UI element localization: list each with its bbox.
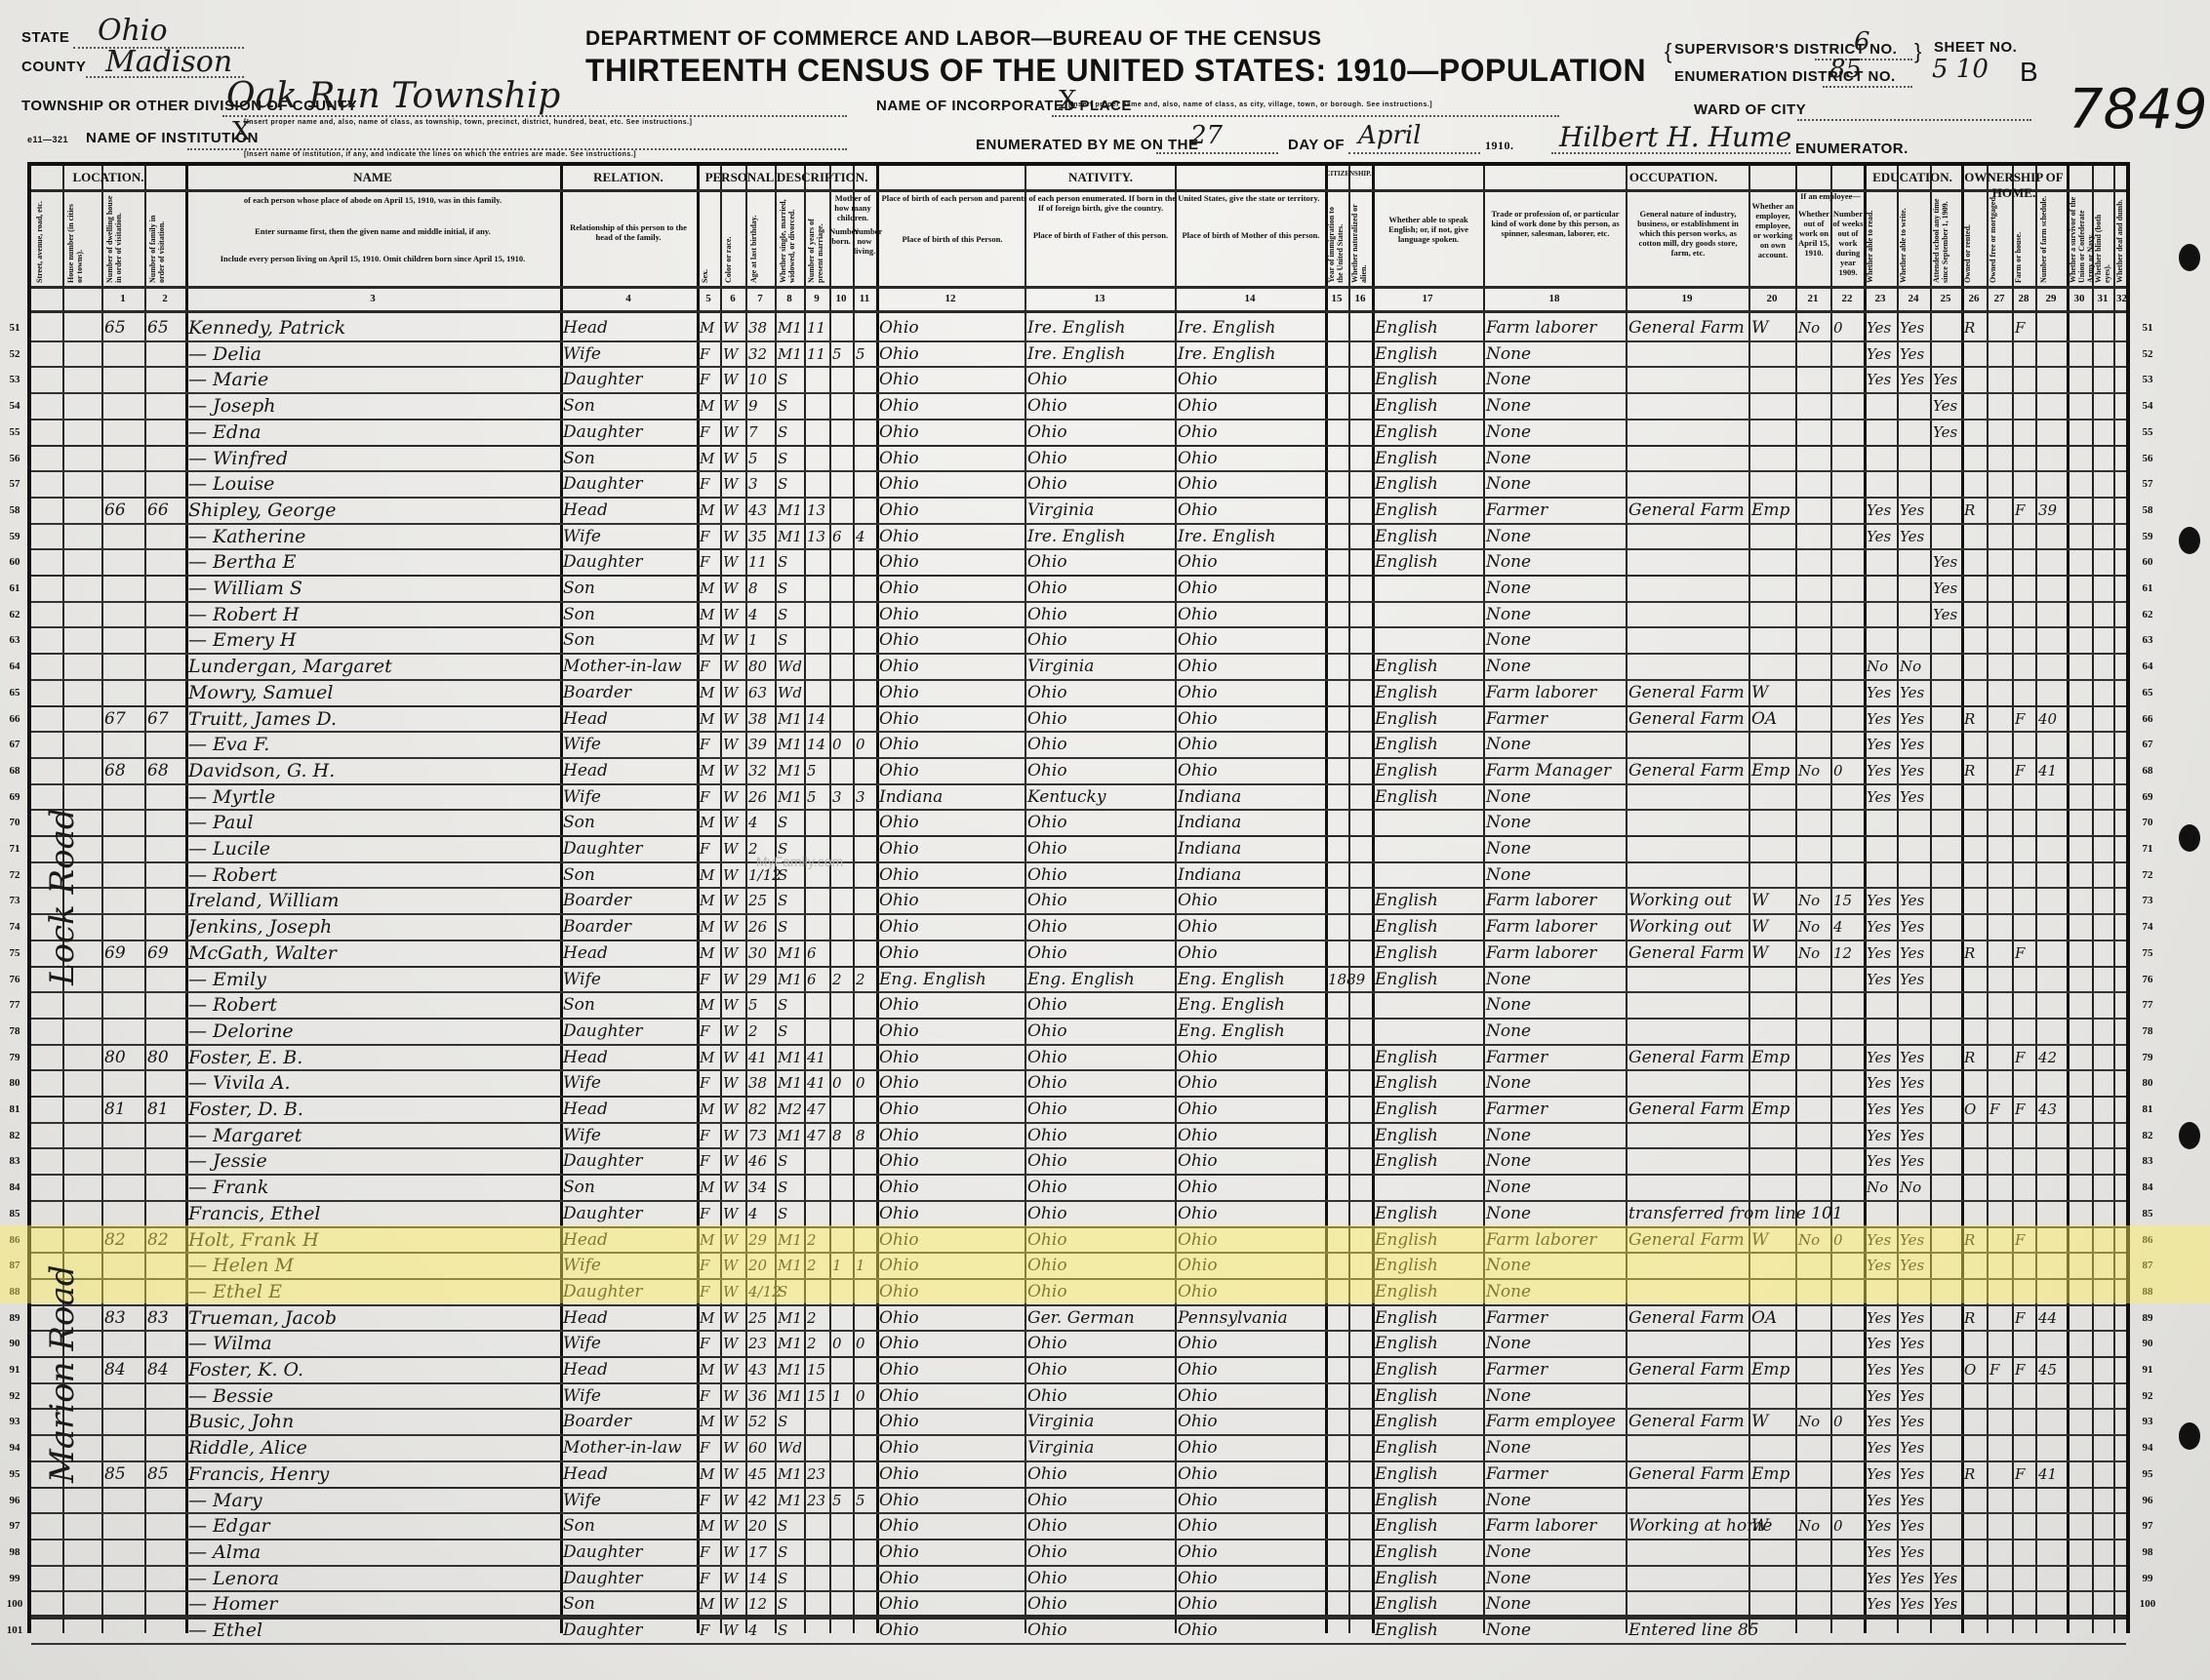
cell-mbp: Ohio <box>1178 472 1218 496</box>
line-number: 92 <box>4 1390 25 1402</box>
row-divider <box>31 1590 2126 1592</box>
cell-trade: Farm laborer <box>1486 889 1596 912</box>
cell-trade: Farm laborer <box>1486 1514 1596 1538</box>
cell-race: W <box>723 499 738 522</box>
cell-farm: F <box>2015 1306 2025 1330</box>
year-label: 1910. <box>1485 139 1514 153</box>
cell-write: Yes <box>1900 1462 1924 1486</box>
line-number-right: 51 <box>2137 322 2158 334</box>
line-number-right: 79 <box>2137 1052 2158 1063</box>
cell-marital: M1 <box>778 785 802 809</box>
cell-bp: Eng. English <box>879 968 986 991</box>
line-number-right: 64 <box>2137 660 2158 672</box>
cell-industry: Working out <box>1628 889 1732 912</box>
cell-mbp: Ohio <box>1178 394 1218 418</box>
cell-relation: Wife <box>563 342 601 366</box>
watermark: MyFamily.com <box>756 854 843 869</box>
cell-industry: General Farm <box>1628 1046 1745 1069</box>
column-number: 25 <box>1930 293 1961 304</box>
census-title: THIRTEENTH CENSUS OF THE UNITED STATES: … <box>585 53 1646 89</box>
cell-marital: S <box>778 1410 787 1433</box>
line-number-right: 58 <box>2137 504 2158 516</box>
line-number-right: 89 <box>2137 1312 2158 1324</box>
cell-marital: M1 <box>778 1332 802 1355</box>
cell-relation: Wife <box>563 1071 601 1095</box>
cell-marital: S <box>778 1149 787 1173</box>
column-header-trade: Trade or profession of, or particular ki… <box>1487 209 1624 238</box>
cell-relation: Wife <box>563 1332 601 1355</box>
cell-farm: F <box>2015 759 2025 782</box>
cell-name: Jenkins, Joseph <box>188 915 332 939</box>
cell-living: 0 <box>856 1071 865 1095</box>
cell-lang: English <box>1375 1514 1438 1538</box>
cell-sex: M <box>700 447 714 470</box>
cell-trade: None <box>1486 1254 1531 1277</box>
cell-bp: Ohio <box>879 1358 919 1381</box>
column-header-blind: Whether blind (both eyes). <box>2094 195 2111 283</box>
line-number-right: 83 <box>2137 1155 2158 1167</box>
cell-sex: M <box>700 1592 714 1616</box>
cell-sex: F <box>700 1567 709 1590</box>
cell-read: Yes <box>1867 525 1891 548</box>
column-divider <box>2035 166 2037 1633</box>
cell-trade: None <box>1486 785 1531 809</box>
column-header-mother: Mother of how many children. <box>829 193 876 222</box>
header-divider <box>31 310 2126 313</box>
county-value: Madison <box>105 45 232 79</box>
cell-trade: None <box>1486 1176 1531 1199</box>
cell-relation: Daughter <box>563 550 643 574</box>
cell-sex: M <box>700 1098 714 1121</box>
cell-industry: General Farm <box>1628 681 1745 704</box>
column-header-bp: Place of birth of this Person. <box>880 234 1025 244</box>
cell-own: O <box>1964 1098 1976 1121</box>
line-number-right: 100 <box>2137 1598 2158 1610</box>
cell-marital: M1 <box>778 525 802 548</box>
cell-read: Yes <box>1867 707 1891 731</box>
cell-mbp: Ohio <box>1178 1124 1218 1147</box>
cell-sched: 44 <box>2038 1306 2057 1330</box>
cell-fbp: Ohio <box>1027 915 1067 939</box>
line-number-right: 96 <box>2137 1495 2158 1506</box>
cell-mbp: Ohio <box>1178 1410 1218 1433</box>
cell-lang: English <box>1375 550 1438 574</box>
cell-sex: M <box>700 1228 714 1252</box>
cell-read: Yes <box>1867 1332 1891 1355</box>
cell-bp: Ohio <box>879 1071 919 1095</box>
column-number: 12 <box>876 293 1025 304</box>
cell-relation: Boarder <box>563 915 631 939</box>
binder-hole <box>2179 1422 2200 1450</box>
cell-family: 81 <box>147 1098 169 1121</box>
cell-yrs: 6 <box>807 968 817 991</box>
cell-trade: None <box>1486 368 1531 391</box>
line-number: 73 <box>4 895 25 906</box>
column-number: 21 <box>1795 293 1830 304</box>
cell-relation: Boarder <box>563 889 631 912</box>
cell-trade: Farm Manager <box>1486 759 1611 782</box>
column-header-school: Attended school any time since September… <box>1932 195 1949 283</box>
cell-write: Yes <box>1900 759 1924 782</box>
cell-fbp: Ire. English <box>1027 525 1126 548</box>
cell-fbp: Ohio <box>1027 1384 1067 1408</box>
cell-relation: Wife <box>563 1124 601 1147</box>
cell-race: W <box>723 1489 738 1512</box>
cell-name: Davidson, G. H. <box>188 759 335 782</box>
cell-mbp: Ohio <box>1178 1462 1218 1486</box>
column-header-loc3: Number of dwelling house in order of vis… <box>105 195 123 283</box>
cell-industry: Entered line 85 <box>1628 1619 1759 1642</box>
cell-age: 42 <box>748 1489 767 1512</box>
row-divider <box>31 1096 2126 1098</box>
column-divider <box>101 166 103 1633</box>
cell-bp: Ohio <box>879 472 919 496</box>
cell-fbp: Ohio <box>1027 707 1067 731</box>
line-number-right: 91 <box>2137 1364 2158 1376</box>
cell-race: W <box>723 1046 738 1069</box>
cell-trade: None <box>1486 1384 1531 1408</box>
cell-sex: F <box>700 368 709 391</box>
cell-yrs: 13 <box>807 525 825 548</box>
cell-living: 1 <box>856 1254 865 1277</box>
column-header-naturalized: Whether naturalized or alien. <box>1350 195 1368 283</box>
cell-write: Yes <box>1900 1567 1924 1590</box>
column-header-oow: Whether out of work on April 15, 1910. <box>1797 209 1830 258</box>
column-number: 17 <box>1372 293 1483 304</box>
cell-trade: None <box>1486 968 1531 991</box>
cell-read: Yes <box>1867 1436 1891 1460</box>
line-number-right: 97 <box>2137 1520 2158 1532</box>
cell-write: Yes <box>1900 733 1924 756</box>
cell-race: W <box>723 1332 738 1355</box>
cell-mbp: Ohio <box>1178 1098 1218 1121</box>
cell-weeks: 15 <box>1833 889 1852 912</box>
cell-sex: M <box>700 863 714 887</box>
cell-yrs: 2 <box>807 1254 817 1277</box>
cell-write: No <box>1900 655 1921 678</box>
cell-marital: M1 <box>778 733 802 756</box>
line-number-right: 54 <box>2137 400 2158 412</box>
cell-name: — Emery H <box>188 628 297 652</box>
cell-bp: Ohio <box>879 915 919 939</box>
ward-label: WARD OF CITY <box>1694 101 1806 118</box>
column-header-name: of each person whose place of abode on A… <box>192 195 553 205</box>
cell-born: 6 <box>832 525 842 548</box>
cell-mbp: Ohio <box>1178 1046 1218 1069</box>
cell-sched: 45 <box>2038 1358 2057 1381</box>
line-number-right: 62 <box>2137 609 2158 620</box>
cell-read: Yes <box>1867 1384 1891 1408</box>
cell-mbp: Ohio <box>1178 655 1218 678</box>
cell-name: — Winfred <box>188 447 288 470</box>
cell-fbp: Ohio <box>1027 1149 1067 1173</box>
incorporated-line <box>1052 115 1559 117</box>
cell-relation: Wife <box>563 525 601 548</box>
cell-read: Yes <box>1867 733 1891 756</box>
cell-mbp: Ohio <box>1178 1228 1218 1252</box>
cell-age: 2 <box>748 1020 758 1043</box>
row-divider <box>31 1069 2126 1071</box>
cell-bp: Ohio <box>879 499 919 522</box>
cell-read: Yes <box>1867 1462 1891 1486</box>
cell-write: Yes <box>1900 707 1924 731</box>
cell-trade: Farmer <box>1486 1098 1547 1121</box>
cell-race: W <box>723 1306 738 1330</box>
cell-bp: Ohio <box>879 655 919 678</box>
cell-industry: General Farm <box>1628 1358 1745 1381</box>
row-divider <box>31 1122 2126 1124</box>
cell-lang: English <box>1375 1202 1438 1225</box>
row-divider <box>31 575 2126 577</box>
cell-race: W <box>723 968 738 991</box>
column-number: 31 <box>2092 293 2113 304</box>
cell-relation: Wife <box>563 1254 601 1277</box>
institution-value: X <box>232 117 251 146</box>
cell-sex: F <box>700 1071 709 1095</box>
cell-sex: M <box>700 681 714 704</box>
cell-name: Truitt, James D. <box>188 707 337 731</box>
cell-school: Yes <box>1933 1592 1957 1616</box>
line-number: 61 <box>4 582 25 594</box>
cell-emp: W <box>1751 681 1768 704</box>
cell-lang: English <box>1375 1462 1438 1486</box>
cell-trade: None <box>1486 525 1531 548</box>
cell-age: 17 <box>748 1540 767 1564</box>
cell-read: Yes <box>1867 1098 1891 1121</box>
cell-bp: Ohio <box>879 1384 919 1408</box>
cell-fbp: Ire. English <box>1027 316 1126 340</box>
cell-relation: Wife <box>563 733 601 756</box>
cell-sex: M <box>700 1358 714 1381</box>
cell-fbp: Ohio <box>1027 1228 1067 1252</box>
cell-read: Yes <box>1867 941 1891 965</box>
cell-race: W <box>723 550 738 574</box>
cell-lang: English <box>1375 681 1438 704</box>
row-divider <box>31 809 2126 811</box>
line-number: 88 <box>4 1286 25 1298</box>
cell-read: Yes <box>1867 1046 1891 1069</box>
cell-mbp: Ohio <box>1178 733 1218 756</box>
cell-family: 80 <box>147 1046 169 1069</box>
line-number: 99 <box>4 1573 25 1584</box>
cell-age: 38 <box>748 707 767 731</box>
cell-fbp: Ohio <box>1027 1202 1067 1225</box>
line-number-right: 65 <box>2137 687 2158 699</box>
column-number: 8 <box>775 293 804 304</box>
cell-read: Yes <box>1867 499 1891 522</box>
cell-write: No <box>1900 1176 1921 1199</box>
cell-fbp: Ohio <box>1027 1046 1067 1069</box>
enumerated-label: ENUMERATED BY ME ON THE <box>976 137 1198 153</box>
cell-fbp: Ohio <box>1027 1254 1067 1277</box>
line-number-right: 92 <box>2137 1390 2158 1402</box>
cell-trade: None <box>1486 837 1531 860</box>
cell-bp: Ohio <box>879 1540 919 1564</box>
cell-read: Yes <box>1867 1489 1891 1512</box>
column-header-immigration_year: Year of immigration to the United States… <box>1327 195 1345 283</box>
cell-lang: English <box>1375 1489 1438 1512</box>
column-header-farm_schedule: Number of farm schedule. <box>2039 195 2048 283</box>
cell-sex: M <box>700 1306 714 1330</box>
cell-write: Yes <box>1900 316 1924 340</box>
cell-industry: transferred from line 101 <box>1628 1202 1843 1225</box>
cell-fbp: Ohio <box>1027 681 1067 704</box>
cell-yrs: 5 <box>807 785 817 809</box>
cell-sex: F <box>700 1332 709 1355</box>
cell-lang: English <box>1375 1046 1438 1069</box>
row-divider <box>31 1643 2126 1645</box>
cell-write: Yes <box>1900 1254 1924 1277</box>
cell-name: — Louise <box>188 472 274 496</box>
cell-emp: Emp <box>1751 1046 1789 1069</box>
cell-mbp: Ohio <box>1178 1619 1218 1642</box>
cell-bp: Ohio <box>879 1176 919 1199</box>
cell-mbp: Ohio <box>1178 628 1218 652</box>
cell-relation: Mother-in-law <box>563 655 682 678</box>
cell-relation: Head <box>563 1306 608 1330</box>
line-number: 54 <box>4 400 25 412</box>
column-divider <box>829 166 831 1633</box>
line-number: 68 <box>4 765 25 777</box>
sheet-value: 5 10 <box>1932 55 1989 84</box>
cell-bp: Ohio <box>879 447 919 470</box>
column-header-lang: Whether able to speak English; or, if no… <box>1376 215 1481 244</box>
cell-mbp: Ohio <box>1178 420 1218 444</box>
cell-read: Yes <box>1867 968 1891 991</box>
cell-fbp: Ohio <box>1027 550 1067 574</box>
cell-marital: M1 <box>778 1358 802 1381</box>
column-number: 9 <box>804 293 829 304</box>
cell-trade: Farmer <box>1486 499 1547 522</box>
cell-read: Yes <box>1867 1540 1891 1564</box>
cell-age: 20 <box>748 1254 767 1277</box>
line-number: 97 <box>4 1520 25 1532</box>
line-number-right: 59 <box>2137 531 2158 542</box>
cell-relation: Head <box>563 316 608 340</box>
cell-marital: M1 <box>778 1228 802 1252</box>
cell-dwelling: 83 <box>104 1306 126 1330</box>
cell-age: 4 <box>748 603 758 626</box>
cell-lang: English <box>1375 968 1438 991</box>
cell-bp: Ohio <box>879 941 919 965</box>
township-value: Oak Run Township <box>226 76 560 116</box>
cell-name: — Frank <box>188 1176 268 1199</box>
cell-bp: Ohio <box>879 342 919 366</box>
cell-school: Yes <box>1933 368 1957 391</box>
cell-relation: Head <box>563 499 608 522</box>
cell-emp: Emp <box>1751 1098 1789 1121</box>
cell-name: Foster, E. B. <box>188 1046 302 1069</box>
column-divider <box>2012 166 2014 1633</box>
township-hint: [Insert proper name and, also, name of c… <box>244 119 692 126</box>
cell-relation: Head <box>563 759 608 782</box>
cell-name: — Vivila A. <box>188 1071 291 1095</box>
cell-yrs: 2 <box>807 1332 817 1355</box>
row-divider <box>31 548 2126 550</box>
cell-sex: M <box>700 707 714 731</box>
cell-race: W <box>723 368 738 391</box>
line-number: 101 <box>4 1624 25 1636</box>
cell-fbp: Ohio <box>1027 941 1067 965</box>
cell-name: — Bessie <box>188 1384 273 1408</box>
cell-marital: Wd <box>778 1436 802 1460</box>
cell-fbp: Ohio <box>1027 1071 1067 1095</box>
cell-sched: 43 <box>2038 1098 2057 1121</box>
cell-marital: M1 <box>778 968 802 991</box>
binder-hole <box>2179 824 2200 852</box>
cell-lang: English <box>1375 915 1438 939</box>
column-divider <box>1175 166 1177 1633</box>
cell-trade: None <box>1486 655 1531 678</box>
cell-marital: M1 <box>778 707 802 731</box>
cell-race: W <box>723 811 738 834</box>
cell-relation: Daughter <box>563 837 643 860</box>
cell-race: W <box>723 1592 738 1616</box>
cell-race: W <box>723 655 738 678</box>
cell-marital: S <box>778 1540 787 1564</box>
cell-fbp: Ohio <box>1027 1020 1067 1043</box>
line-number-right: 90 <box>2137 1338 2158 1349</box>
cell-bp: Ohio <box>879 681 919 704</box>
cell-lang: English <box>1375 1567 1438 1590</box>
cell-marital: S <box>778 1020 787 1043</box>
binder-hole <box>2179 244 2200 271</box>
cell-trade: Farm laborer <box>1486 1228 1596 1252</box>
cell-age: 3 <box>748 472 758 496</box>
line-number: 57 <box>4 478 25 490</box>
cell-bp: Ohio <box>879 889 919 912</box>
column-number: 4 <box>560 293 697 304</box>
brace-right-icon: } <box>1914 39 1922 64</box>
cell-family: 83 <box>147 1306 169 1330</box>
cell-race: W <box>723 785 738 809</box>
line-number-right: 60 <box>2137 556 2158 568</box>
cell-trade: Farm laborer <box>1486 681 1596 704</box>
cell-trade: None <box>1486 1280 1531 1303</box>
cell-marital: M1 <box>778 316 802 340</box>
cell-oow: No <box>1798 1514 1820 1538</box>
cell-farm: F <box>2015 1462 2025 1486</box>
cell-age: 35 <box>748 525 767 548</box>
cell-school: Yes <box>1933 577 1957 600</box>
cell-mbp: Ohio <box>1178 368 1218 391</box>
cell-sex: M <box>700 577 714 600</box>
column-number: 18 <box>1483 293 1626 304</box>
cell-trade: None <box>1486 1567 1531 1590</box>
column-header-loc1: Street, avenue, road, etc. <box>35 195 44 283</box>
column-number: 20 <box>1748 293 1795 304</box>
cell-name: — Lenora <box>188 1567 279 1590</box>
cell-living: 3 <box>856 785 865 809</box>
cell-write: Yes <box>1900 785 1924 809</box>
cell-trade: None <box>1486 811 1531 834</box>
cell-age: 29 <box>748 1228 767 1252</box>
cell-race: W <box>723 1384 738 1408</box>
cell-read: Yes <box>1867 915 1891 939</box>
cell-race: W <box>723 993 738 1017</box>
cell-living: 2 <box>856 968 865 991</box>
cell-write: Yes <box>1900 915 1924 939</box>
line-number-right: 76 <box>2137 974 2158 985</box>
cell-bp: Ohio <box>879 1306 919 1330</box>
cell-living: 4 <box>856 525 865 548</box>
column-number: 19 <box>1626 293 1748 304</box>
cell-yrs: 13 <box>807 499 825 522</box>
cell-name: Francis, Henry <box>188 1462 329 1486</box>
cell-relation: Son <box>563 1176 595 1199</box>
line-number: 56 <box>4 453 25 464</box>
cell-mbp: Ohio <box>1178 1514 1218 1538</box>
